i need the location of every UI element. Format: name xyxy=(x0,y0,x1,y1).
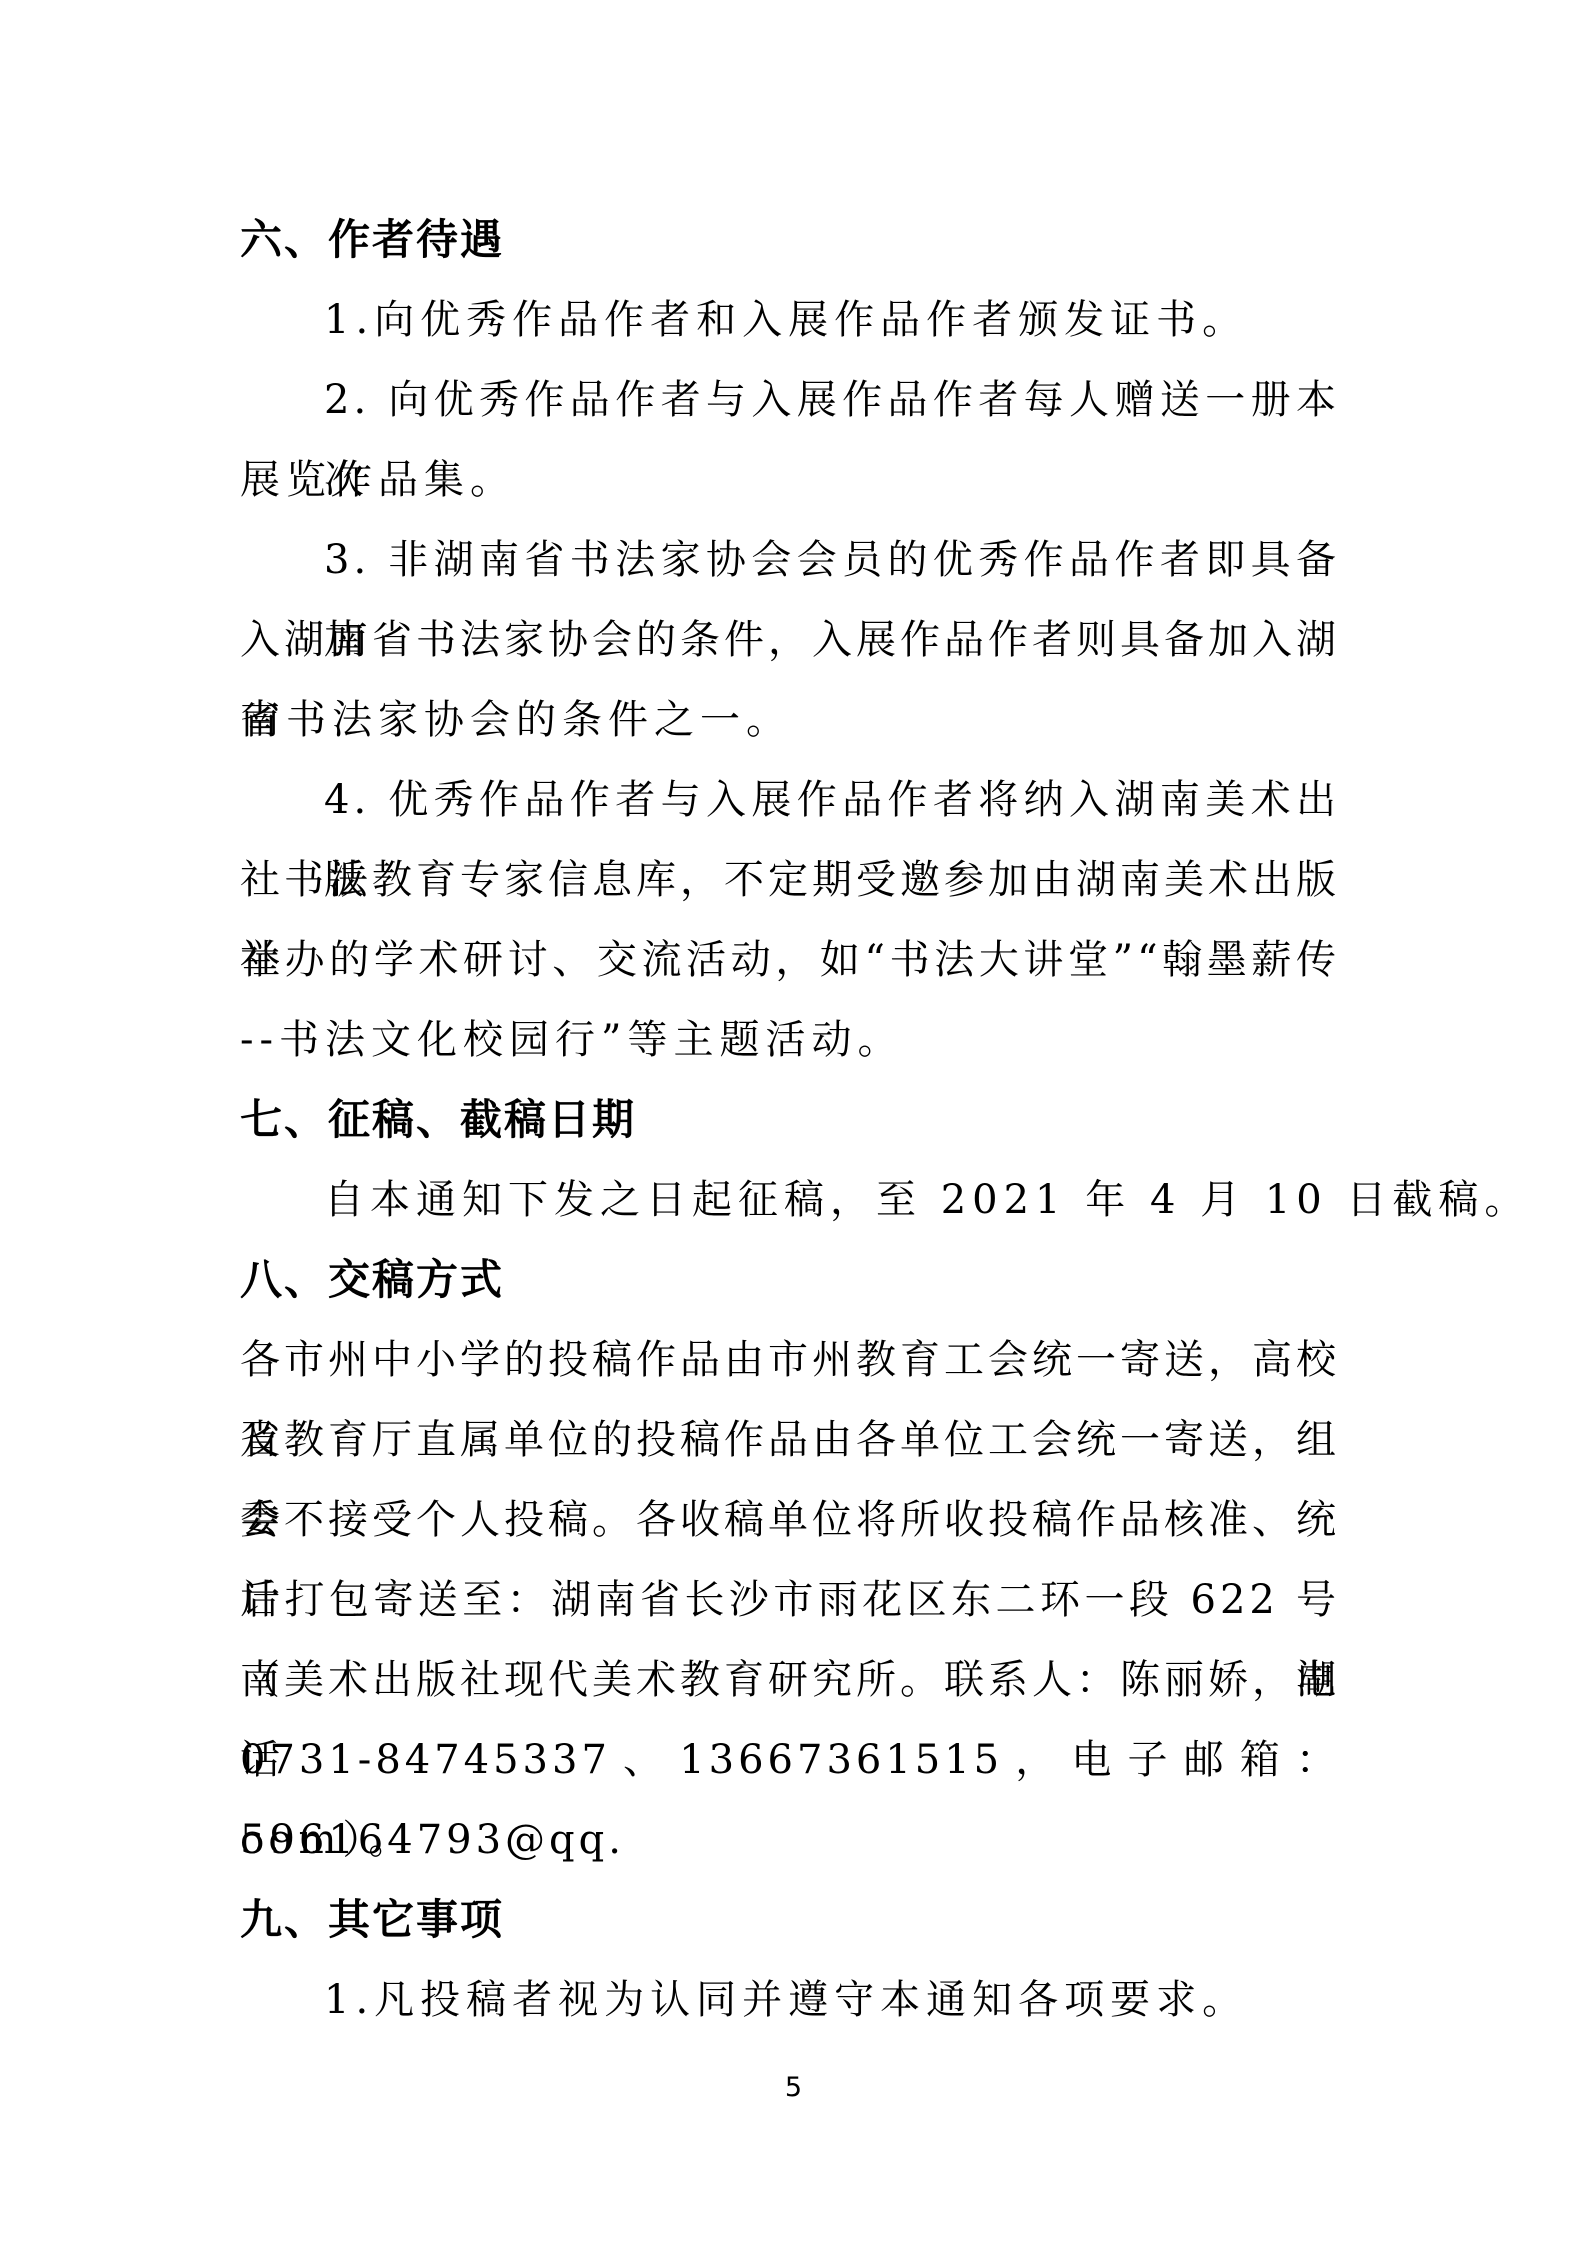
body-line: 入湖南省书法家协会的条件，入展作品作者则具备加入湖南 xyxy=(240,600,1340,680)
body-line: 0731-84745337、13667361515，电子邮箱：596164793… xyxy=(240,1720,1340,1800)
body-line: 社书法教育专家信息库，不定期受邀参加由湖南美术出版社 xyxy=(240,840,1340,920)
heading-section-eight: 八、交稿方式 xyxy=(240,1240,1340,1320)
body-line: 1.凡投稿者视为认同并遵守本通知各项要求。 xyxy=(240,1960,1340,2040)
body-line: 省书法家协会的条件之一。 xyxy=(240,680,1340,760)
body-line: 2. 向优秀作品作者与入展作品作者每人赠送一册本次 xyxy=(240,360,1340,440)
body-line: 南美术出版社现代美术教育研究所。联系人：陈丽娇，电话： xyxy=(240,1640,1340,1720)
body-line: 1.向优秀作品作者和入展作品作者颁发证书。 xyxy=(240,280,1340,360)
body-line: 举办的学术研讨、交流活动，如“书法大讲堂”“翰墨薪传 xyxy=(240,920,1340,1000)
body-line: 自本通知下发之日起征稿，至 2021 年 4 月 10 日截稿。 xyxy=(240,1160,1340,1240)
body-line: 会不接受个人投稿。各收稿单位将所收投稿作品核准、统计 xyxy=(240,1480,1340,1560)
page-number: 5 xyxy=(0,2068,1587,2108)
body-line: --书法文化校园行”等主题活动。 xyxy=(240,1000,1340,1080)
document-body: 六、作者待遇 1.向优秀作品作者和入展作品作者颁发证书。 2. 向优秀作品作者与… xyxy=(240,200,1340,2040)
body-line: 展览作品集。 xyxy=(240,440,1340,520)
body-line: 后打包寄送至：湖南省长沙市雨花区东二环一段 622 号（湖 xyxy=(240,1560,1340,1640)
body-line: com）。 xyxy=(240,1800,1340,1880)
heading-section-nine: 九、其它事项 xyxy=(240,1880,1340,1960)
heading-section-six: 六、作者待遇 xyxy=(240,200,1340,280)
body-line: 4. 优秀作品作者与入展作品作者将纳入湖南美术出版 xyxy=(240,760,1340,840)
document-page: 六、作者待遇 1.向优秀作品作者和入展作品作者颁发证书。 2. 向优秀作品作者与… xyxy=(0,0,1587,2245)
body-line: 各市州中小学的投稿作品由市州教育工会统一寄送，高校及 xyxy=(240,1320,1340,1400)
body-line: 省教育厅直属单位的投稿作品由各单位工会统一寄送，组委 xyxy=(240,1400,1340,1480)
body-line: 3. 非湖南省书法家协会会员的优秀作品作者即具备加 xyxy=(240,520,1340,600)
heading-section-seven: 七、征稿、截稿日期 xyxy=(240,1080,1340,1160)
